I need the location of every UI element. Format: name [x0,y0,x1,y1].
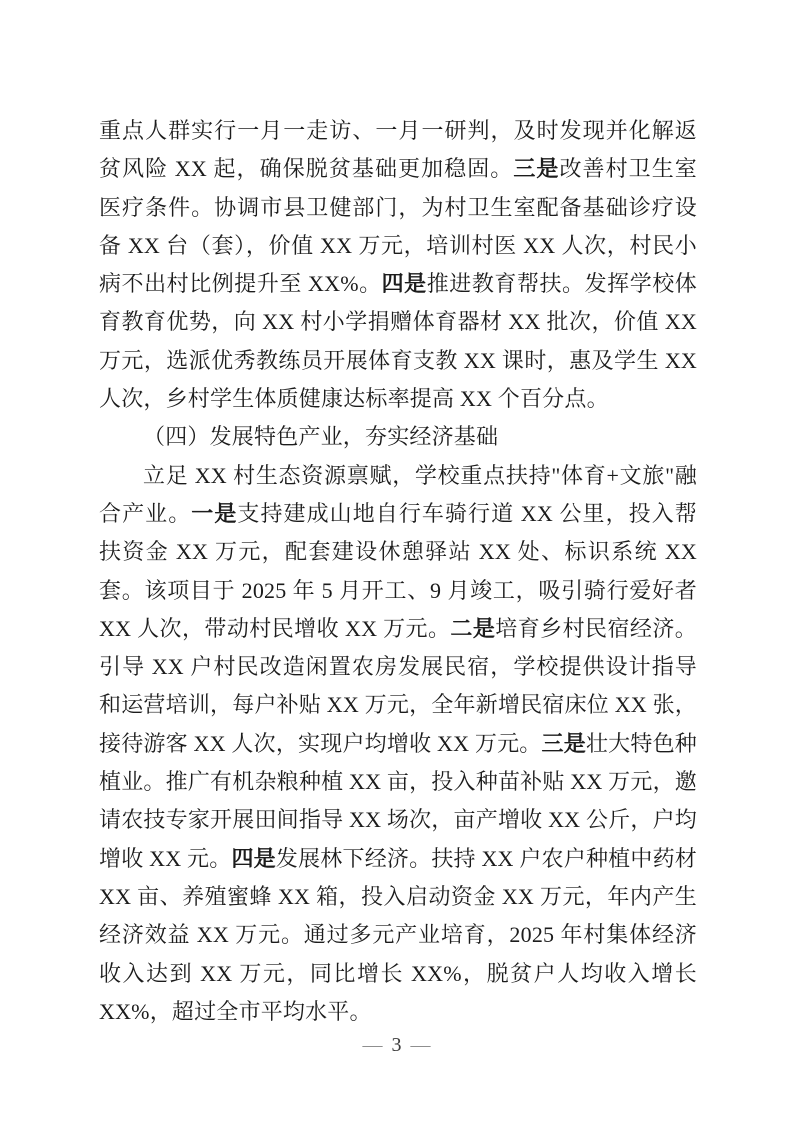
emphasis-run: 二是 [450,616,495,641]
footer-dash-right: — [411,1034,431,1056]
page-number: 3 [383,1034,411,1056]
emphasis-run: 三是 [513,156,559,181]
paragraph-continued: 重点人群实行一月一走访、一月一研判，及时发现并化解返贫风险 XX 起，确保脱贫基… [99,112,697,418]
emphasis-run: 四是 [382,271,427,296]
document-body: 重点人群实行一月一走访、一月一研判，及时发现并化解返贫风险 XX 起，确保脱贫基… [99,112,697,1031]
footer-dash-left: — [363,1034,383,1056]
emphasis-run: 四是 [231,846,275,871]
section-heading: （四）发展特色产业，夯实经济基础 [99,418,697,456]
emphasis-run: 三是 [542,731,586,756]
text-run: 发展林下经济。扶持 XX 户农户种植中药材 XX 亩、养殖蜜蜂 XX 箱，投入启… [99,846,697,1024]
paragraph-section: 立足 XX 村生态资源禀赋，学校重点扶持"体育+文旅"融合产业。一是支持建成山地… [99,457,697,1031]
emphasis-run: 一是 [191,501,237,526]
document-page: 重点人群实行一月一走访、一月一研判，及时发现并化解返贫风险 XX 起，确保脱贫基… [0,0,793,1122]
page-footer: —3— [0,1031,793,1059]
